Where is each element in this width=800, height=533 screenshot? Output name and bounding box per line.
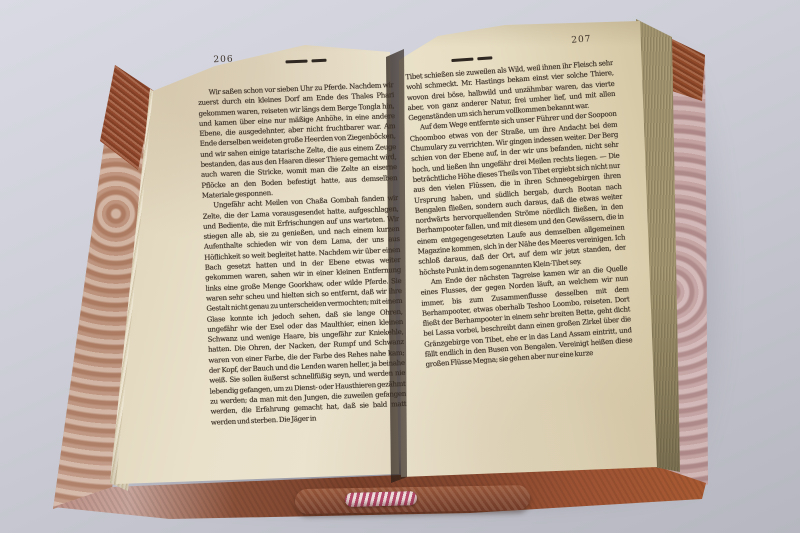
rule-bar-icon xyxy=(311,59,326,63)
rule-bar-icon xyxy=(451,58,473,63)
left-page-text: 206 Wir saßen schon vor sieben Uhr zu Pf… xyxy=(196,42,407,432)
page-number-right: 207 xyxy=(571,34,592,45)
paragraph: Ungefähr acht Meilen von Chaßa Gombah fa… xyxy=(202,193,407,427)
right-page-text: 207 Tibet schießen sie zuweilen als Wild… xyxy=(403,28,639,444)
rule-bar-icon xyxy=(285,60,307,64)
header-rule-right xyxy=(451,56,492,62)
paragraph: Am Ende der nächsten Tagreise kamen wir … xyxy=(420,263,634,370)
photo-background: 206 Wir saßen schon vor sieben Uhr zu Pf… xyxy=(0,0,800,533)
rule-bar-icon xyxy=(477,56,492,60)
paragraph: Wir saßen schon vor sieben Uhr zu Pferde… xyxy=(198,80,398,201)
paragraph: Auf dem Wege entfernte sich unser Führer… xyxy=(409,109,627,278)
header-rule-left xyxy=(285,59,326,64)
endband-bookmark xyxy=(345,491,417,507)
open-book: 206 Wir saßen schon vor sieben Uhr zu Pf… xyxy=(50,5,710,527)
page-number-left: 206 xyxy=(213,55,234,66)
left-page-header: 206 xyxy=(196,42,393,88)
